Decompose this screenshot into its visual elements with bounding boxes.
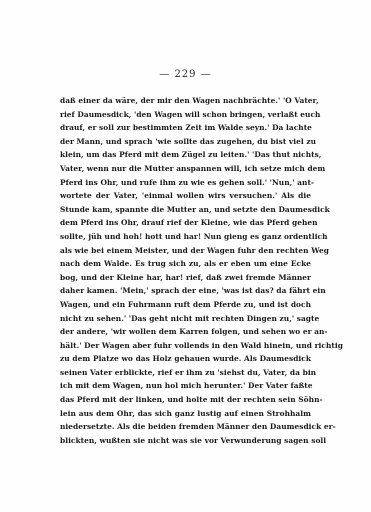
text-line: Stunde kam, spannte die Mutter an, und s…	[60, 203, 311, 217]
text-line: der andere, 'wir wollen dem Karren folge…	[60, 325, 311, 339]
text-line: nach dem Walde. Es trug sich zu, als er …	[60, 257, 311, 271]
text-line: daß einer da wäre, der mir den Wagen nac…	[60, 94, 311, 108]
text-line: als wie bei einem Meister, und der Wagen…	[60, 244, 311, 258]
text-line: sollte, jüh und hoh! hott und har! Nun g…	[60, 230, 311, 244]
text-line: Wagen, und ein Fuhrmann ruft dem Pferde …	[60, 298, 311, 312]
text-line: drauf, er soll zur bestimmten Zeit im Wa…	[60, 121, 311, 135]
text-line: wortete der Vater, 'einmal wollen wirs v…	[60, 189, 311, 203]
text-line: zu dem Platze wo das Holz gehauen wurde.…	[60, 352, 311, 366]
body-text: daß einer da wäre, der mir den Wagen nac…	[60, 94, 311, 447]
text-line: blickten, wußten sie nicht was sie vor V…	[60, 434, 311, 448]
text-line: lein aus dem Ohr, das sich ganz lustig a…	[60, 407, 311, 421]
text-line: daher kamen. 'Mein,' sprach der eine, 'w…	[60, 284, 311, 298]
text-line: niedersetzte. Als die beiden fremden Män…	[60, 420, 311, 434]
text-line: bog, und der Kleine har, har! rief, daß …	[60, 271, 311, 285]
book-page: — 229 — daß einer da wäre, der mir den W…	[0, 0, 371, 512]
text-line: ich mit dem Wagen, nun hol mich herunter…	[60, 379, 311, 393]
text-line: dem Pferd ins Ohr, drauf rief der Kleine…	[60, 216, 311, 230]
text-line: hält.' Der Wagen aber fuhr vollends in d…	[60, 339, 311, 353]
text-line: der Mann, und sprach 'wie sollte das zug…	[60, 135, 311, 149]
text-line: Vater, wenn nur die Mutter anspannen wil…	[60, 162, 311, 176]
text-line: nicht zu sehen.' 'Das geht nicht mit rec…	[60, 312, 311, 326]
text-line: Pferd ins Ohr, und rufe ihm zu wie es ge…	[60, 176, 311, 190]
text-line: das Pferd mit der linken, und holte mit …	[60, 393, 311, 407]
text-line: seinen Vater erblickte, rief er ihm zu '…	[60, 366, 311, 380]
page-number: — 229 —	[0, 69, 371, 80]
text-line: rief Daumesdick, 'den Wagen will schon b…	[60, 108, 311, 122]
text-line: klein, um das Pferd mit dem Zügel zu lei…	[60, 148, 311, 162]
